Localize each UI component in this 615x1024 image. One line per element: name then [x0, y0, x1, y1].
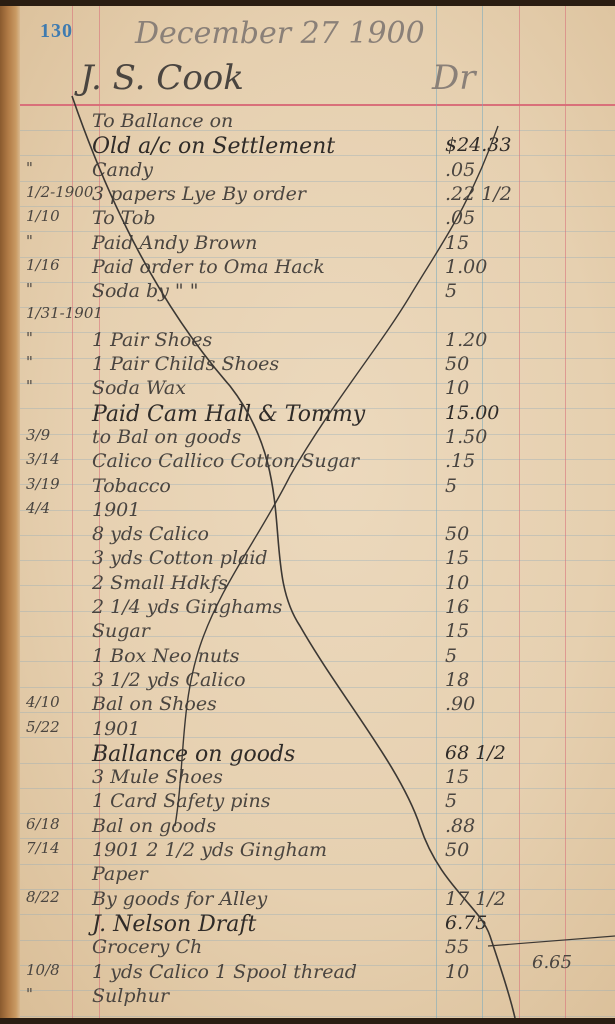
ledger-page: 130 December 27 1900 J. S. Cook Dr To Ba… [0, 6, 615, 1018]
cross-out-strokes [0, 6, 615, 1018]
